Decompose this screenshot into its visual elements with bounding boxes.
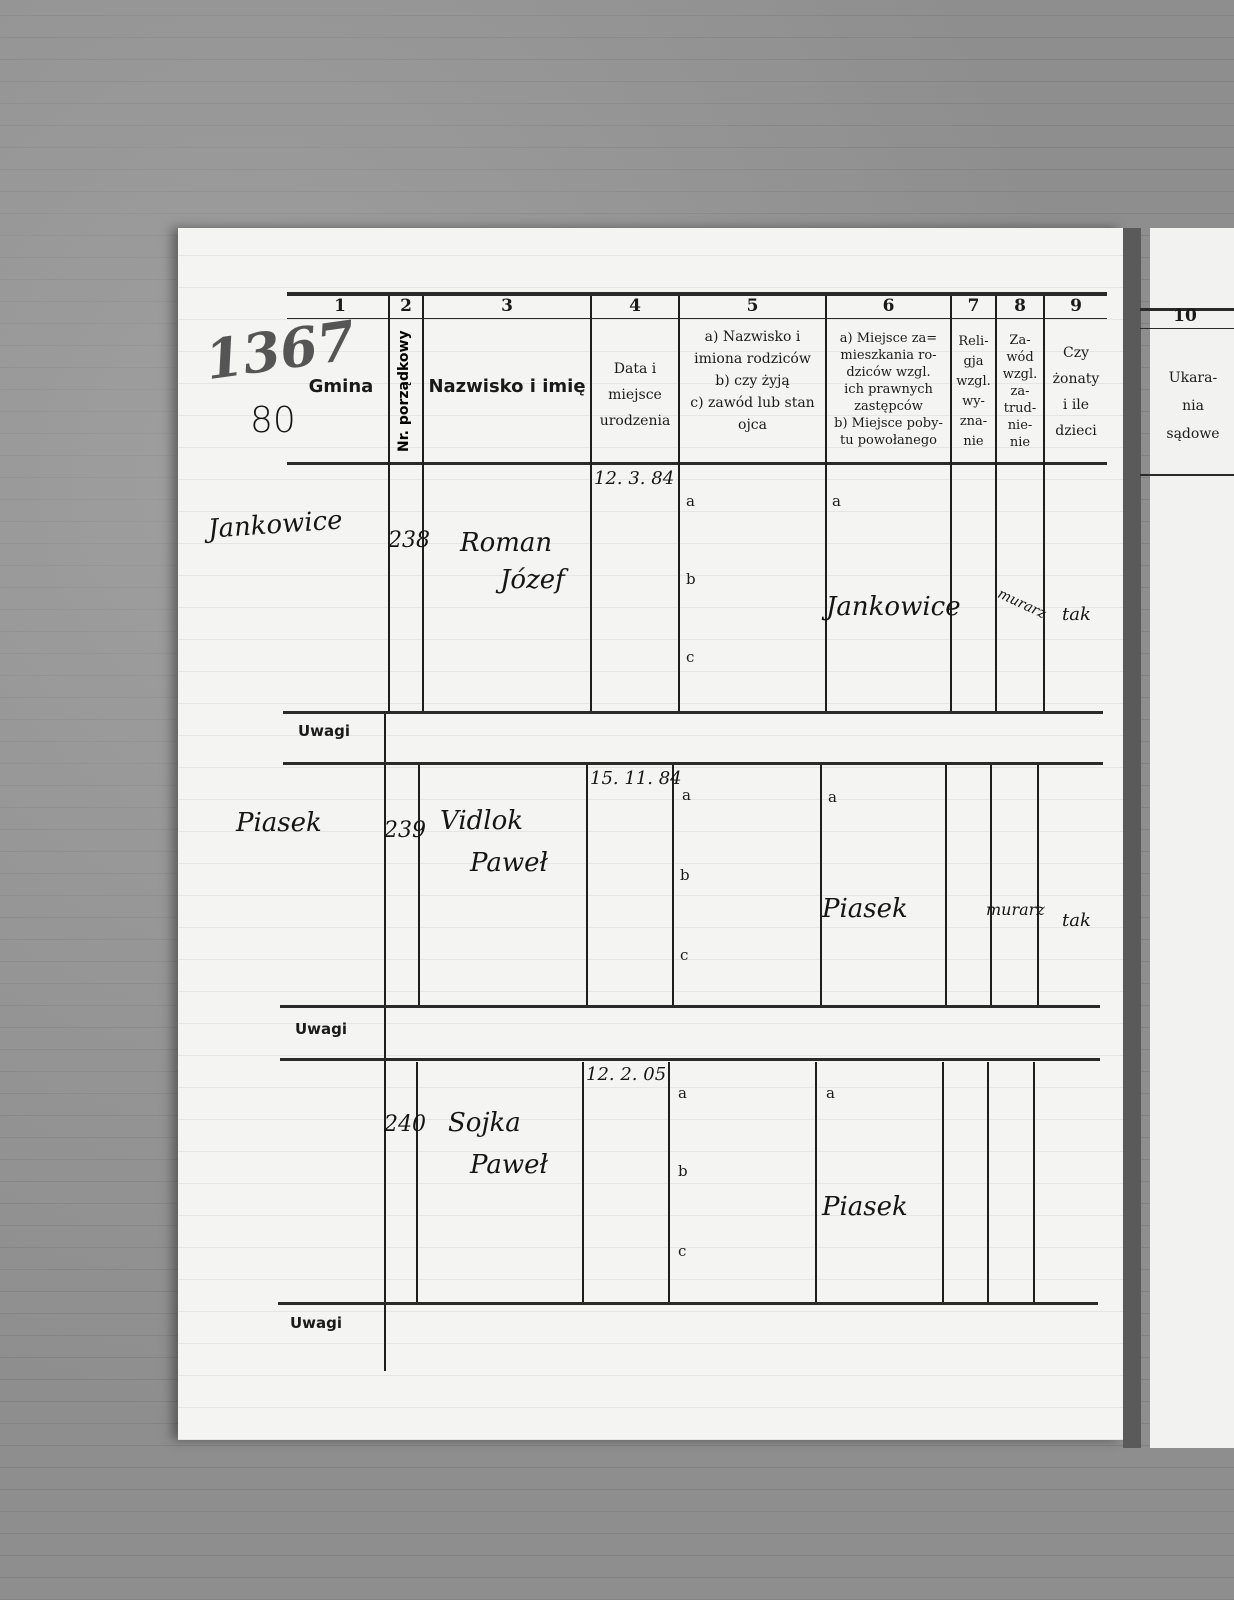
col-divider	[416, 1062, 418, 1302]
col-num-2: 2	[390, 296, 422, 316]
header-line: a) Miejsce za=	[827, 330, 950, 347]
page-fold	[1123, 228, 1141, 1448]
entry-3-nr: 240	[384, 1112, 426, 1137]
header-num-rule	[287, 318, 1107, 319]
col-divider	[672, 765, 674, 1005]
header-line: trud-	[997, 400, 1043, 417]
col-divider	[945, 765, 947, 1005]
entry-1-birth-date: 12. 3. 84	[594, 468, 674, 489]
sub-label-b: b	[678, 1162, 688, 1180]
col-divider	[384, 711, 386, 1371]
col-header-parents: a) Nazwisko i imiona rodziców b) czy żyj…	[680, 326, 825, 436]
col-num-10: 10	[1150, 306, 1220, 326]
header-line: imiona rodziców	[680, 348, 825, 370]
header-line: za-	[997, 383, 1043, 400]
row-rule	[280, 1058, 1100, 1061]
header-line: nie	[952, 432, 995, 452]
header-line: gja	[952, 352, 995, 372]
sub-label-a: a	[682, 786, 691, 804]
col-header-birth: Data i miejsce urodzenia	[592, 356, 678, 434]
sub-label-c: c	[678, 1242, 686, 1260]
header-line: nie-	[997, 417, 1043, 434]
entry-1-given: Józef	[500, 565, 565, 595]
col10-bottom-rule	[1140, 474, 1234, 476]
entry-1-marital: tak	[1062, 604, 1091, 625]
header-line: b) czy żyją	[680, 370, 825, 392]
header-line: tu powołanego	[827, 432, 950, 449]
sub-label-a: a	[686, 492, 695, 510]
header-line: Ukara-	[1148, 364, 1234, 392]
sub-label-a: a	[832, 492, 841, 510]
header-line: dzieci	[1045, 418, 1107, 444]
header-line: wzgl.	[952, 372, 995, 392]
entry-2-occupation: murarz	[986, 900, 1045, 919]
entry-2-birth-date: 15. 11. 84	[590, 768, 682, 789]
header-line: mieszkania ro-	[827, 347, 950, 364]
col-header-convictions: Ukara- nia sądowe	[1148, 364, 1234, 448]
header-line: wód	[997, 349, 1043, 366]
col-divider	[1037, 765, 1039, 1005]
sub-label-c: c	[686, 648, 694, 666]
header-line: Czy	[1045, 340, 1107, 366]
sub-label-b: b	[686, 570, 696, 588]
entry-2-marital: tak	[1062, 910, 1091, 931]
col-divider	[422, 296, 424, 711]
sub-label-a: a	[828, 788, 837, 806]
sub-label-a: a	[826, 1084, 835, 1102]
col-num-8: 8	[997, 296, 1043, 316]
col-divider	[815, 1062, 817, 1302]
header-line: dziców wzgl.	[827, 364, 950, 381]
entry-2-nr: 239	[384, 818, 426, 843]
col-divider	[668, 1062, 670, 1302]
header-line: nia	[1148, 392, 1234, 420]
col-num-6: 6	[827, 296, 950, 316]
col-divider	[942, 1062, 944, 1302]
row-rule	[283, 711, 1103, 714]
header-line: b) Miejsce poby-	[827, 415, 950, 432]
header-line: c) zawód lub stan	[680, 392, 825, 414]
header-line: nie	[997, 434, 1043, 451]
row-rule	[278, 1302, 1098, 1305]
header-line: wy-	[952, 392, 995, 412]
entry-1-residence: Jankowice	[826, 592, 961, 622]
header-line: ich prawnych	[827, 381, 950, 398]
entry-1-surname: Roman	[460, 528, 552, 558]
remarks-label: Uwagi	[298, 722, 350, 740]
header-line: wzgl.	[997, 366, 1043, 383]
header-bottom-rule	[287, 462, 1107, 465]
col-num-5: 5	[680, 296, 825, 316]
col-num-3: 3	[424, 296, 590, 316]
entry-2-gmina: Piasek	[236, 808, 322, 838]
col-num-9: 9	[1045, 296, 1107, 316]
col-divider	[990, 765, 992, 1005]
remarks-label: Uwagi	[290, 1314, 342, 1332]
header-line: żonaty	[1045, 366, 1107, 392]
col-divider	[820, 765, 822, 1005]
sub-label-c: c	[680, 946, 688, 964]
remarks-label: Uwagi	[295, 1020, 347, 1038]
header-line: zastępców	[827, 398, 950, 415]
header-line: Reli-	[952, 332, 995, 352]
col-divider	[388, 296, 390, 711]
col-divider	[586, 765, 588, 1005]
entry-3-surname: Sojka	[448, 1108, 521, 1138]
header-line: i ile	[1045, 392, 1107, 418]
sub-label-a: a	[678, 1084, 687, 1102]
header-line: sądowe	[1148, 420, 1234, 448]
header-line: Za-	[997, 332, 1043, 349]
col-header-occupation: Za- wód wzgl. za- trud- nie- nie	[997, 332, 1043, 451]
col-header-residence: a) Miejsce za= mieszkania ro- dziców wzg…	[827, 330, 950, 449]
col-header-name: Nazwisko i imię	[424, 376, 590, 397]
entry-2-residence: Piasek	[822, 894, 908, 924]
col-num-1: 1	[300, 296, 380, 316]
col10-num-rule	[1140, 328, 1234, 329]
col-divider	[1033, 1062, 1035, 1302]
col-divider	[582, 1062, 584, 1302]
col-header-religion: Reli- gja wzgl. wy- zna- nie	[952, 332, 995, 452]
entry-3-residence: Piasek	[822, 1192, 908, 1222]
col-header-married: Czy żonaty i ile dzieci	[1045, 340, 1107, 444]
row-rule	[280, 1005, 1100, 1008]
sub-label-b: b	[680, 866, 690, 884]
entry-2-given: Paweł	[470, 848, 548, 878]
col-header-gmina: Gmina	[296, 376, 386, 397]
page-number: 80	[250, 400, 296, 441]
header-line: a) Nazwisko i	[680, 326, 825, 348]
entry-3-birth-date: 12. 2. 05	[586, 1064, 666, 1085]
col-header-nr: Nr. porządkowy	[396, 330, 412, 452]
col-num-4: 4	[592, 296, 678, 316]
entry-1-nr: 238	[388, 528, 430, 553]
col-num-7: 7	[952, 296, 995, 316]
header-line: zna-	[952, 412, 995, 432]
col-divider	[418, 765, 420, 1005]
col-divider	[987, 1062, 989, 1302]
header-line: ojca	[680, 414, 825, 436]
entry-3-given: Paweł	[470, 1150, 548, 1180]
entry-2-surname: Vidlok	[440, 806, 523, 836]
row-rule	[283, 762, 1103, 765]
